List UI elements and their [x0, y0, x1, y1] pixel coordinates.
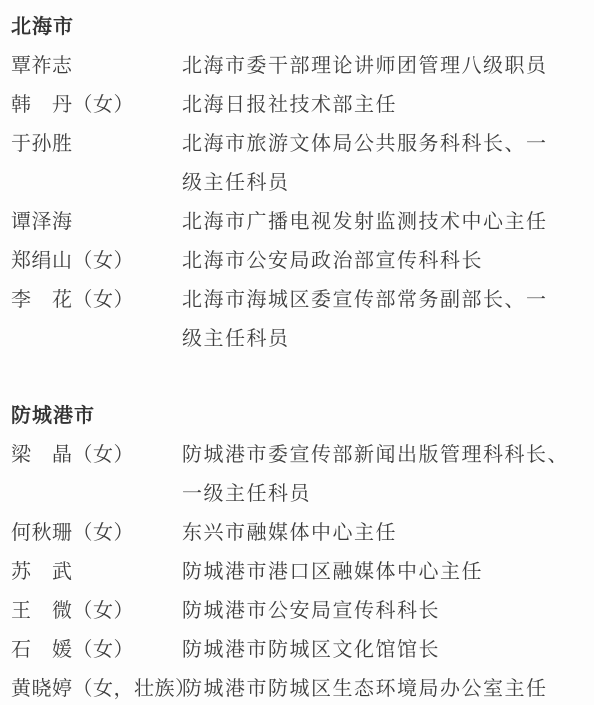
person-position: 防城港市防城区生态环境局办公室主任 — [182, 670, 584, 705]
person-position: 东兴市融媒体中心主任 — [182, 514, 584, 553]
person-position: 防城港市委宣传部新闻出版管理科科长、 一级主任科员 — [182, 436, 584, 514]
person-position: 北海市旅游文体局公共服务科科长、一 级主任科员 — [182, 125, 584, 203]
person-name: 覃祚志 — [11, 47, 182, 86]
person-position: 北海日报社技术部主任 — [182, 86, 584, 125]
person-name: 李 花（女） — [11, 281, 182, 320]
table-row: 黄晓婷（女，壮族） 防城港市防城区生态环境局办公室主任 — [11, 670, 584, 705]
person-position: 北海市公安局政治部宣传科科长 — [182, 242, 584, 281]
person-position: 北海市广播电视发射监测技术中心主任 — [182, 203, 584, 242]
table-row: 何秋珊（女） 东兴市融媒体中心主任 — [11, 514, 584, 553]
city-section: 防城港市 梁 晶（女） 防城港市委宣传部新闻出版管理科科长、 一级主任科员 何秋… — [11, 397, 584, 705]
person-name: 梁 晶（女） — [11, 436, 182, 475]
table-row: 苏 武 防城港市港口区融媒体中心主任 — [11, 553, 584, 592]
table-row: 郑绢山（女） 北海市公安局政治部宣传科科长 — [11, 242, 584, 281]
person-name: 郑绢山（女） — [11, 242, 182, 281]
person-name: 于孙胜 — [11, 125, 182, 164]
table-row: 韩 丹（女） 北海日报社技术部主任 — [11, 86, 584, 125]
entry-list: 覃祚志 北海市委干部理论讲师团管理八级职员 韩 丹（女） 北海日报社技术部主任 … — [11, 47, 584, 359]
city-header: 防城港市 — [11, 397, 584, 436]
person-position: 防城港市公安局宣传科科长 — [182, 592, 584, 631]
person-position: 北海市海城区委宣传部常务副部长、一 级主任科员 — [182, 281, 584, 359]
person-name: 谭泽海 — [11, 203, 182, 242]
person-position: 北海市委干部理论讲师团管理八级职员 — [182, 47, 584, 86]
table-row: 覃祚志 北海市委干部理论讲师团管理八级职员 — [11, 47, 584, 86]
table-row: 谭泽海 北海市广播电视发射监测技术中心主任 — [11, 203, 584, 242]
person-name: 王 微（女） — [11, 592, 182, 631]
city-section: 北海市 覃祚志 北海市委干部理论讲师团管理八级职员 韩 丹（女） 北海日报社技术… — [11, 8, 584, 359]
person-position: 防城港市防城区文化馆馆长 — [182, 631, 584, 670]
person-position: 防城港市港口区融媒体中心主任 — [182, 553, 584, 592]
entry-list: 梁 晶（女） 防城港市委宣传部新闻出版管理科科长、 一级主任科员 何秋珊（女） … — [11, 436, 584, 705]
table-row: 王 微（女） 防城港市公安局宣传科科长 — [11, 592, 584, 631]
person-name: 何秋珊（女） — [11, 514, 182, 553]
person-name: 苏 武 — [11, 553, 182, 592]
person-name: 韩 丹（女） — [11, 86, 182, 125]
table-row: 石 媛（女） 防城港市防城区文化馆馆长 — [11, 631, 584, 670]
city-header: 北海市 — [11, 8, 584, 47]
person-name: 石 媛（女） — [11, 631, 182, 670]
table-row: 李 花（女） 北海市海城区委宣传部常务副部长、一 级主任科员 — [11, 281, 584, 359]
table-row: 于孙胜 北海市旅游文体局公共服务科科长、一 级主任科员 — [11, 125, 584, 203]
document: 北海市 覃祚志 北海市委干部理论讲师团管理八级职员 韩 丹（女） 北海日报社技术… — [0, 0, 594, 705]
table-row: 梁 晶（女） 防城港市委宣传部新闻出版管理科科长、 一级主任科员 — [11, 436, 584, 514]
person-name: 黄晓婷（女，壮族） — [11, 670, 182, 705]
